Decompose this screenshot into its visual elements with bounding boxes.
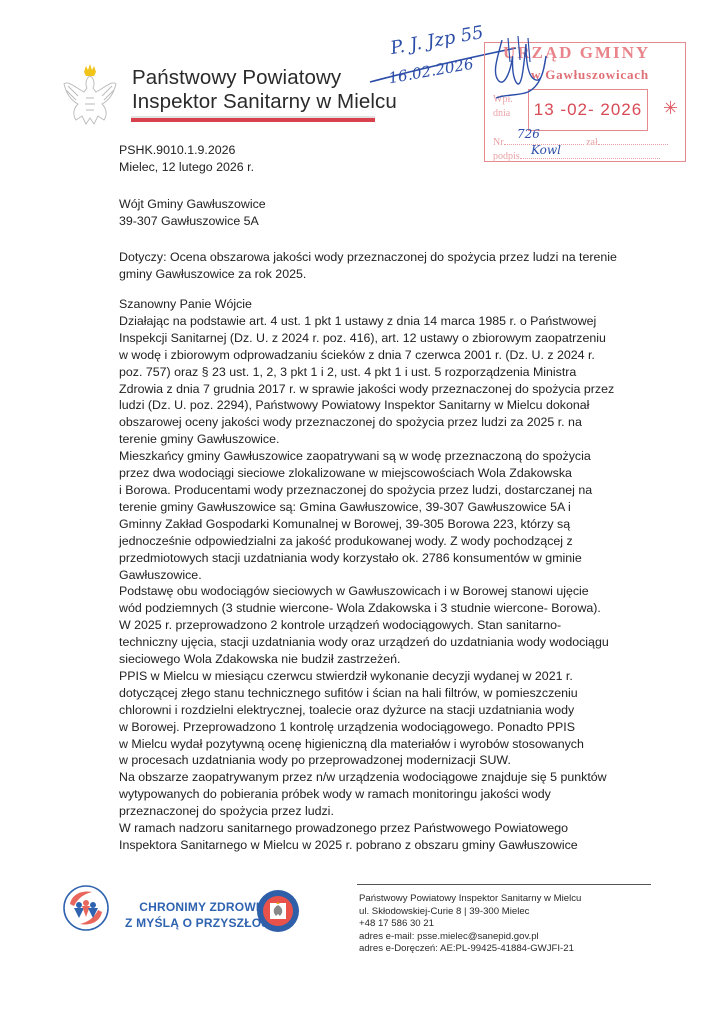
footer-contact: Państwowy Powiatowy Inspektor Sanitarny …: [359, 893, 581, 956]
body-line: Na obszarze zaopatrywanym przez n/w urzą…: [119, 769, 639, 786]
body-line: W 2025 r. przeprowadzono 2 kontrole urzą…: [119, 617, 639, 634]
body-line: poz. 757) oraz § 23 ust. 1, 2, 3 pkt 1 i…: [119, 364, 639, 381]
body-line: Działając na podstawie art. 4 ust. 1 pkt…: [119, 313, 639, 330]
star-icon: ✳: [663, 98, 678, 119]
body-line: terenie gminy Gawłuszowice.: [119, 431, 639, 448]
header-flag-divider: [131, 116, 375, 122]
body-line: wód podziemnych (3 studnie wiercone- Wol…: [119, 600, 639, 617]
place-date: Mielec, 12 lutego 2026 r.: [119, 159, 254, 176]
body-line: chlorowni i rozdzielni elektrycznej, toa…: [119, 702, 639, 719]
subject: Dotyczy: Ocena obszarowa jakości wody pr…: [119, 249, 629, 283]
stamp-nr-label: Nr: [493, 137, 504, 148]
body-line: Zdrowia z dnia 7 grudnia 2017 r. w spraw…: [119, 381, 639, 398]
body-line: jednocześnie odpowiedzialni za jakość pr…: [119, 533, 639, 550]
body-line: w wodę i zbiorowym odprowadzaniu ścieków…: [119, 347, 639, 364]
stamp-nr-value: 726: [517, 127, 540, 141]
recipient-line1: Wójt Gminy Gawłuszowice: [119, 196, 266, 213]
subject-line: gminy Gawłuszowice za rok 2025.: [119, 266, 629, 283]
body-line: wytypowanych do pobierania próbek wody w…: [119, 786, 639, 803]
stamp-zal-label: zał: [586, 137, 598, 148]
stamp-date: 13 -02- 2026: [534, 100, 642, 120]
body-line: Mieszkańcy gminy Gawłuszowice zaopatrywa…: [119, 448, 639, 465]
body-line: techniczny ujęcia, stacji uzdatniania wo…: [119, 634, 639, 651]
body-text: Działając na podstawie art. 4 ust. 1 pkt…: [119, 313, 639, 854]
stamp-podpis-label: podpis: [493, 151, 520, 162]
body-line: Podstawę obu wodociągów sieciowych w Gaw…: [119, 583, 639, 600]
body-line: i Borowa. Producentami wody przeznaczone…: [119, 482, 639, 499]
recipient-line2: 39-307 Gawłuszowice 5A: [119, 213, 266, 230]
contact-name: Państwowy Powiatowy Inspektor Sanitarny …: [359, 893, 581, 906]
contact-email[interactable]: adres e-mail: psse.mielec@sanepid.gov.pl: [359, 931, 581, 944]
body-line: Inspektora Sanitarnego w Mielcu w 2025 r…: [119, 837, 639, 854]
body-line: Inspekcji Sanitarnej (Dz. U. z 2024 r. p…: [119, 330, 639, 347]
panstwowa-inspekcja-sanitarna-badge-icon: [256, 889, 300, 933]
body-line: przez dwa wodociągi sieciowe zlokalizowa…: [119, 465, 639, 482]
letter-body: Szanowny Panie Wójcie Działając na podst…: [119, 296, 639, 854]
institution-name: Państwowy Powiatowy Inspektor Sanitarny …: [132, 66, 397, 114]
body-line: terenie gminy Gawłuszowice są: Gmina Gaw…: [119, 499, 639, 516]
signature-icon: [488, 32, 558, 102]
footer-divider: [357, 884, 651, 885]
body-line: przedmiotowych stacji uzdatniania wody k…: [119, 550, 639, 567]
body-line: przeznaczonej do spożycia przez ludzi.: [119, 803, 639, 820]
reference-number: PSHK.9010.1.9.2026: [119, 142, 254, 159]
contact-address: ul. Skłodowskiej-Curie 8 | 39-300 Mielec: [359, 906, 581, 919]
body-line: w procesach uzdatniania wody po przeprow…: [119, 752, 639, 769]
contact-edelivery: adres e-Doręczeń: AE:PL-99425-41884-GWJF…: [359, 943, 581, 956]
body-line: PPIS w Mielcu w miesiącu czerwcu stwierd…: [119, 668, 639, 685]
body-line: Gminny Zakład Gospodarki Komunalnej w Bo…: [119, 516, 639, 533]
institution-name-line1: Państwowy Powiatowy: [132, 66, 397, 90]
body-line: sieciowego Wola Zdakowska nie budził zas…: [119, 651, 639, 668]
polish-eagle-emblem-icon: [60, 58, 120, 130]
stamp-dnia-label: dnia: [493, 107, 513, 121]
letter-page: Państwowy Powiatowy Inspektor Sanitarny …: [0, 0, 725, 1024]
body-line: w Borowej. Przeprowadzono 1 kontrolę urz…: [119, 719, 639, 736]
document-reference-block: PSHK.9010.1.9.2026 Mielec, 12 lutego 202…: [119, 142, 254, 176]
people-in-hands-logo-icon: [62, 884, 110, 932]
subject-line: Dotyczy: Ocena obszarowa jakości wody pr…: [119, 249, 629, 266]
body-line: w Mielcu wydał pozytywną ocenę higienicz…: [119, 736, 639, 753]
body-line: obszarowej oceny jakości wody przeznaczo…: [119, 414, 639, 431]
body-line: ludzi (Dz. U. poz. 2294), Państwowy Powi…: [119, 397, 639, 414]
stamp-podpis-row: podpis: [493, 149, 660, 162]
recipient-address: Wójt Gminy Gawłuszowice 39-307 Gawłuszow…: [119, 196, 266, 230]
body-line: Gawłuszowice.: [119, 567, 639, 584]
contact-phone: +48 17 586 30 21: [359, 918, 581, 931]
salutation: Szanowny Panie Wójcie: [119, 296, 639, 313]
stamp-podpis-value: Kowl: [531, 143, 561, 157]
body-line: dotyczącej złego stanu technicznego sufi…: [119, 685, 639, 702]
institution-name-line2: Inspektor Sanitarny w Mielcu: [132, 90, 397, 114]
body-line: W ramach nadzoru sanitarnego prowadzoneg…: [119, 820, 639, 837]
